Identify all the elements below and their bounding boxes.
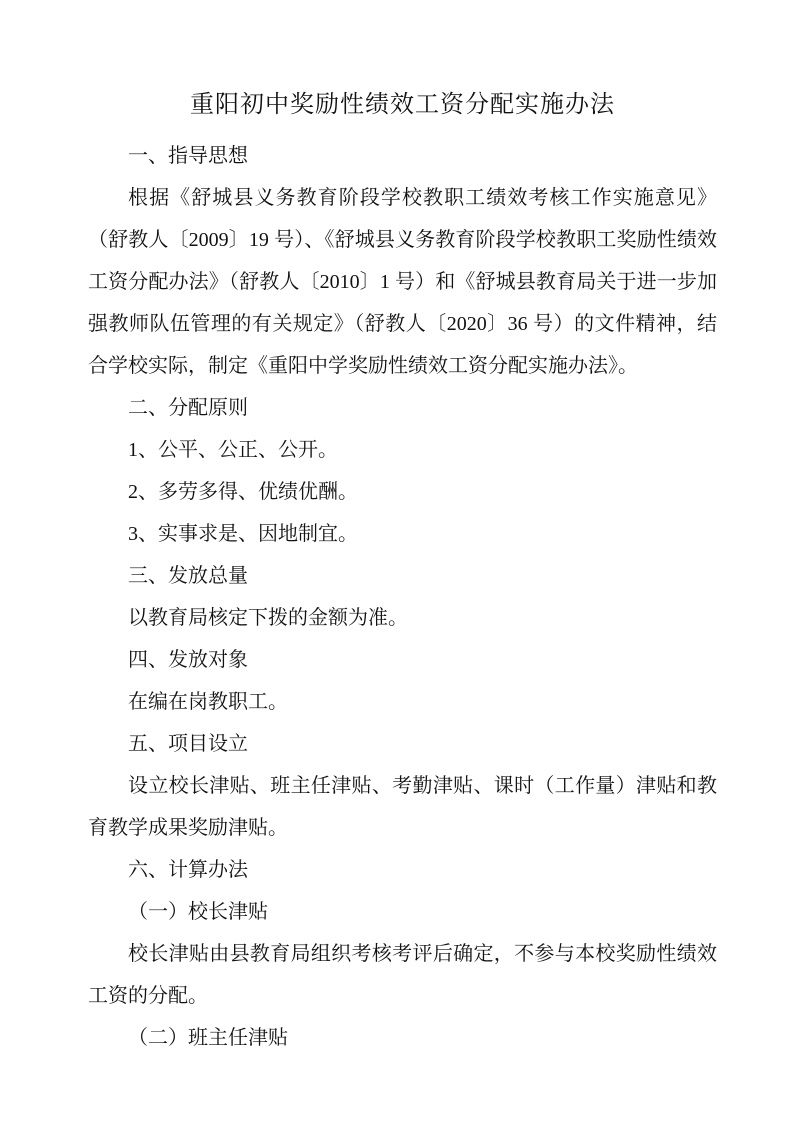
section-heading-guiding-ideology: 一、指导思想 [88, 135, 717, 177]
document-title: 重阳初中奖励性绩效工资分配实施办法 [88, 85, 717, 125]
section-heading-distribution-principles: 二、分配原则 [88, 387, 717, 429]
paragraph-total-amount: 以教育局核定下拨的金额为准。 [88, 597, 717, 639]
list-item-principle-2: 2、多劳多得、优绩优酬。 [88, 471, 717, 513]
section-heading-recipients: 四、发放对象 [88, 639, 717, 681]
subheading-head-teacher-allowance: （二）班主任津贴 [88, 1017, 717, 1059]
paragraph-principal-allowance: 校长津贴由县教育局组织考核考评后确定，不参与本校奖励性绩效工资的分配。 [88, 933, 717, 1017]
paragraph-recipients: 在编在岗教职工。 [88, 681, 717, 723]
list-item-principle-1: 1、公平、公正、公开。 [88, 429, 717, 471]
list-item-principle-3: 3、实事求是、因地制宜。 [88, 513, 717, 555]
paragraph-basis-documents: 根据《舒城县义务教育阶段学校教职工绩效考核工作实施意见》（舒教人〔2009〕19… [88, 177, 717, 387]
section-heading-calculation-method: 六、计算办法 [88, 849, 717, 891]
paragraph-project-setup: 设立校长津贴、班主任津贴、考勤津贴、课时（工作量）津贴和教育教学成果奖励津贴。 [88, 765, 717, 849]
section-heading-total-amount: 三、发放总量 [88, 555, 717, 597]
subheading-principal-allowance: （一）校长津贴 [88, 891, 717, 933]
document-page: 重阳初中奖励性绩效工资分配实施办法 一、指导思想 根据《舒城县义务教育阶段学校教… [0, 0, 793, 1122]
section-heading-project-setup: 五、项目设立 [88, 723, 717, 765]
